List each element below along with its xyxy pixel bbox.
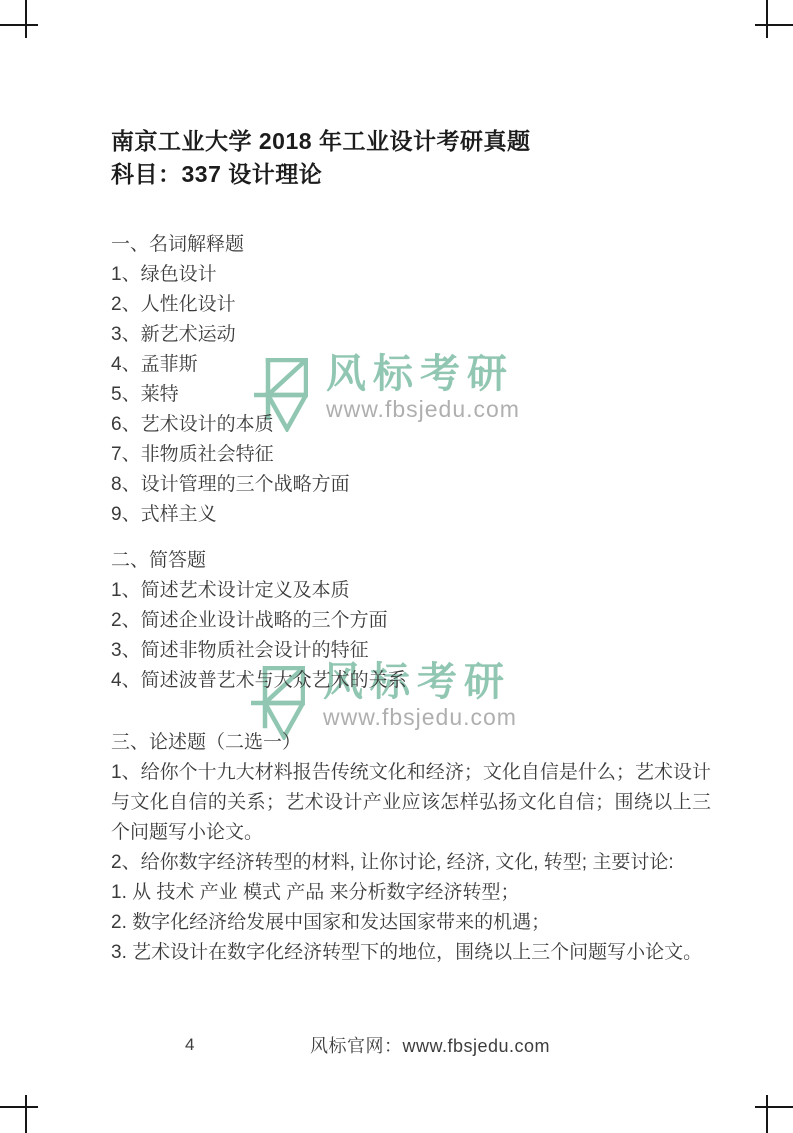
- list-item: 1、简述艺术设计定义及本质: [111, 576, 711, 606]
- crop-mark-top-right: [766, 0, 768, 38]
- page-subtitle: 科目：337 设计理论: [111, 158, 711, 191]
- essay-subitem: 2. 数字化经济给发展中国家和发达国家带来的机遇；: [111, 908, 711, 938]
- essay-subitem: 1. 从 技术 产业 模式 产品 来分析数字经济转型；: [111, 878, 711, 908]
- list-item: 2、简述企业设计战略的三个方面: [111, 606, 711, 636]
- crop-mark-bottom-right: [766, 1095, 768, 1133]
- crop-mark-top-left: [25, 0, 27, 38]
- section-heading: 三、论述题（二选一）: [111, 728, 711, 758]
- page-number: 4: [185, 1035, 194, 1055]
- list-item: 8、设计管理的三个战略方面: [111, 470, 711, 500]
- list-item: 2、人性化设计: [111, 290, 711, 320]
- list-item: 3、新艺术运动: [111, 320, 711, 350]
- list-item: 4、孟菲斯: [111, 350, 711, 380]
- crop-mark-bottom-right: [755, 1106, 793, 1108]
- crop-mark-bottom-left: [0, 1106, 38, 1108]
- essay-question: 1、给你个十九大材料报告传统文化和经济；文化自信是什么；艺术设计与文化自信的关系…: [111, 758, 711, 848]
- list-item: 9、式样主义: [111, 500, 711, 530]
- section-heading: 二、简答题: [111, 546, 711, 576]
- section-term-explanation: 一、名词解释题 1、绿色设计 2、人性化设计 3、新艺术运动 4、孟菲斯 5、莱…: [111, 230, 711, 530]
- crop-mark-top-left: [0, 24, 38, 26]
- footer-site-label: 风标官网：www.fbsjedu.com: [310, 1032, 550, 1058]
- list-item: 6、艺术设计的本质: [111, 410, 711, 440]
- list-item: 3、简述非物质社会设计的特征: [111, 636, 711, 666]
- section-short-answer: 二、简答题 1、简述艺术设计定义及本质 2、简述企业设计战略的三个方面 3、简述…: [111, 546, 711, 696]
- section-essay: 三、论述题（二选一） 1、给你个十九大材料报告传统文化和经济；文化自信是什么；艺…: [111, 728, 711, 968]
- crop-mark-bottom-left: [25, 1095, 27, 1133]
- page-title: 南京工业大学 2018 年工业设计考研真题: [111, 125, 711, 158]
- list-item: 1、绿色设计: [111, 260, 711, 290]
- crop-mark-top-right: [755, 24, 793, 26]
- essay-subitem: 3. 艺术设计在数字化经济转型下的地位，围绕以上三个问题写小论文。: [111, 938, 711, 968]
- list-item: 4、简述波普艺术与大众艺术的关系: [111, 666, 711, 696]
- exam-page-content: 南京工业大学 2018 年工业设计考研真题 科目：337 设计理论 一、名词解释…: [111, 125, 711, 968]
- list-item: 5、莱特: [111, 380, 711, 410]
- list-item: 7、非物质社会特征: [111, 440, 711, 470]
- essay-question: 2、给你数字经济转型的材料, 让你讨论, 经济, 文化, 转型; 主要讨论:: [111, 848, 711, 878]
- section-heading: 一、名词解释题: [111, 230, 711, 260]
